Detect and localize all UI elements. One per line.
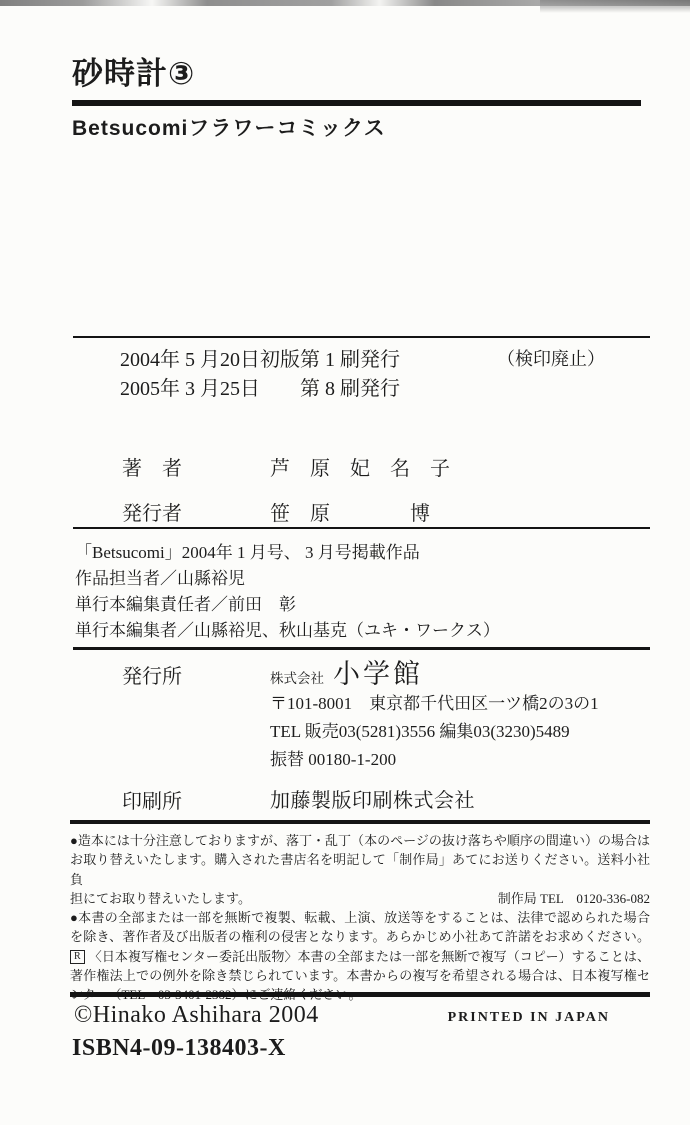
notice-line-text: 〈日本複写権センター委託出版物〉本書の全部または一部を無断で複写（コピー）するこ… [89, 949, 650, 964]
production-bureau-phone: 制作局 TEL 0120-336-082 [498, 889, 650, 908]
author-label: 著 者 [122, 452, 182, 481]
copyright-line: ©Hinako Ashihara 2004 [74, 1002, 319, 1029]
printer-label: 印刷所 [122, 785, 182, 814]
volume-chief-editor-line: 単行本編集責任者／前田 彰 [75, 592, 500, 618]
colophon-page: 砂時計③ Betsucomiフラワーコミックス 2004年 5 月20日初版第 … [0, 0, 690, 1125]
scan-edge-artifact-top-right [540, 0, 690, 13]
publisher-postal-transfer: 振替 00180-1-200 [270, 746, 599, 774]
publisher-phones: TEL 販売03(5281)3556 編集03(3230)5489 [270, 718, 599, 746]
volume-editors-line: 単行本編集者／山縣裕児、秋山基克（ユキ・ワークス） [75, 618, 500, 644]
work-editor-line: 作品担当者／山縣裕児 [75, 566, 500, 592]
publisher-label: 発行所 [122, 660, 182, 689]
publisher-details: 〒101-8001 東京都千代田区一ツ橋2の3の1 TEL 販売03(5281)… [270, 690, 599, 774]
notice-line: を除き、著作者及び出版者の権利の侵害となります。あらかじめ小社あて許諾をお求めく… [70, 927, 650, 946]
divider-above-notices [70, 820, 650, 824]
notice-line: ●本書の全部または一部を無断で複製、転載、上演、放送等をすることは、法律で認めら… [70, 908, 650, 927]
publisher-address: 〒101-8001 東京都千代田区一ツ橋2の3の1 [270, 690, 599, 718]
title-underline-bar [72, 100, 641, 106]
printed-in-japan-label: PRINTED IN JAPAN [448, 1010, 610, 1026]
notice-line: 著作権法上での例外を除き禁じられています。本書からの複写を希望される場合は、日本… [70, 966, 650, 985]
legal-notices-block: ●造本には十分注意しておりますが、落丁・乱丁（本のページの抜け落ちや順序の間違い… [70, 831, 650, 1005]
boxed-r-mark: R [70, 950, 85, 964]
book-title: 砂時計③ [72, 48, 195, 93]
publisher-name: 小学館 [333, 652, 423, 691]
notice-line-with-contact: 担にてお取り替えいたします。 制作局 TEL 0120-336-082 [70, 889, 650, 908]
isbn-number: ISBN4-09-138403-X [72, 1035, 286, 1062]
current-printing-line: 2005年 3 月25日 第 8 刷発行 [120, 372, 400, 401]
corporation-prefix: 株式会社 [270, 667, 324, 687]
issuer-label: 発行者 [122, 497, 182, 526]
divider-above-publisher [73, 647, 650, 650]
divider-below-notices [70, 992, 650, 997]
first-edition-line: 2004年 5 月20日初版第 1 刷発行 [120, 343, 400, 372]
issuer-name: 笹 原 博 [270, 497, 430, 526]
publisher-company: 株式会社 小学館 [270, 652, 423, 691]
divider-above-edition [73, 336, 650, 338]
printer-name: 加藤製版印刷株式会社 [270, 784, 475, 813]
serialization-source-line: 「Betsucomi」2004年 1 月号、 3 月号掲載作品 [75, 540, 500, 566]
imprint-series-label: Betsucomiフラワーコミックス [72, 112, 386, 142]
notice-line: お取り替えいたします。購入された書店名を明記して「制作局」あてにお送りください。… [70, 850, 650, 889]
notice-line: ●造本には十分注意しておりますが、落丁・乱丁（本のページの抜け落ちや順序の間違い… [70, 831, 650, 850]
author-name: 芦 原 妃 名 子 [270, 452, 450, 481]
notice-line-left: 担にてお取り替えいたします。 [70, 889, 251, 908]
serialization-block: 「Betsucomi」2004年 1 月号、 3 月号掲載作品 作品担当者／山縣… [75, 540, 500, 644]
divider-above-serialization [73, 527, 650, 529]
notice-line-reprography: R〈日本複写権センター委託出版物〉本書の全部または一部を無断で複写（コピー）する… [70, 947, 650, 966]
inspection-abolished-note: （検印廃止） [497, 345, 605, 371]
